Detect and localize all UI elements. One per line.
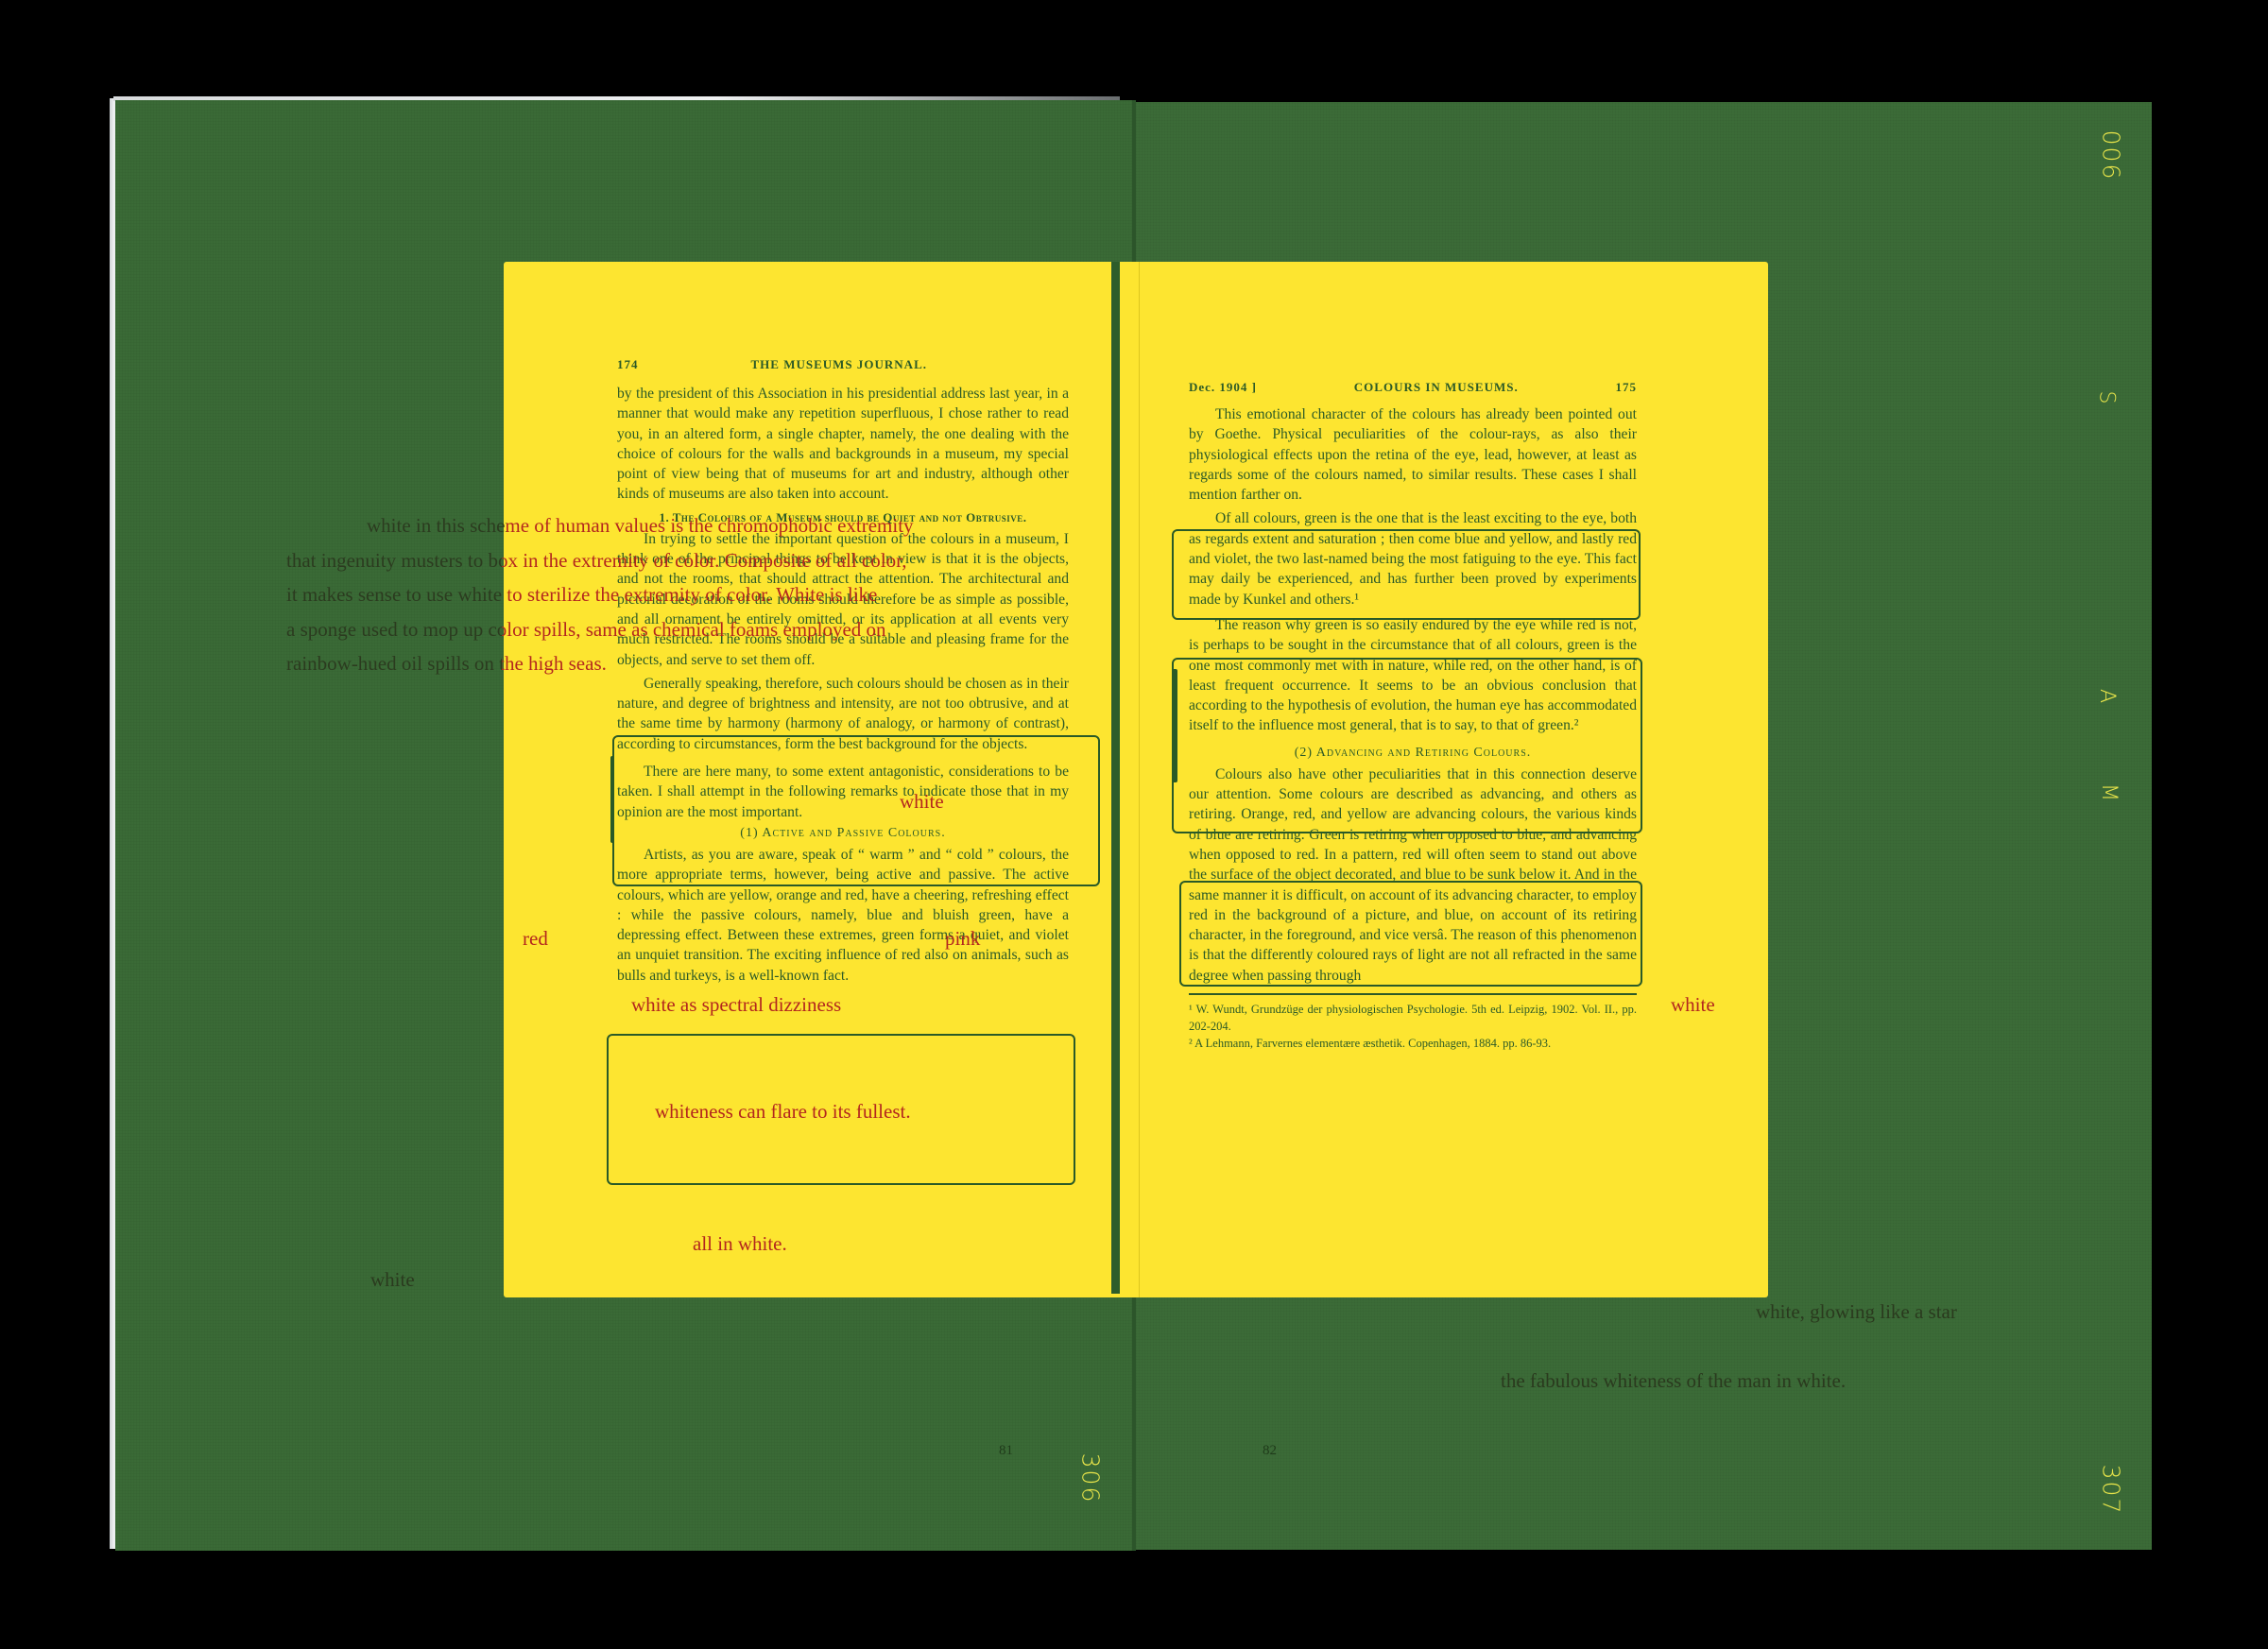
article-title: COLOURS IN MUSEUMS. [1354,380,1519,395]
overlay-line: a sponge used to mop up color spills, sa… [286,618,886,641]
edge-letter: S [2094,391,2118,404]
paragraph: The reason why green is so easily endure… [1189,615,1637,736]
section-heading: (1) Active and Passive Colours. [617,826,1069,841]
paragraph: Artists, as you are aware, speak of “ wa… [617,845,1069,986]
paragraph: Colours also have other peculiarities th… [1189,764,1637,986]
overlay-line: rainbow-hued oil spills on the high seas… [286,652,607,675]
running-head-right: Dec. 1904 ] COLOURS IN MUSEUMS. 175 [1189,380,1637,395]
overlay-phrase-spectral: white as spectral dizziness [631,988,841,1022]
overlay-line: it makes sense to use white to sterilize… [286,583,877,606]
overlay-word-white-lower-left: white [370,1263,415,1297]
paragraph: Generally speaking, therefore, such colo… [617,674,1069,754]
edge-letter: A [2095,689,2119,703]
overlay-word-pink: pink [945,921,980,956]
paragraph: This emotional character of the colours … [1189,404,1637,505]
overlay-line: that ingenuity musters to box in the ext… [286,549,906,572]
paragraph: by the president of this Association in … [617,384,1069,505]
paragraph: There are here many, to some extent anta… [617,762,1069,822]
overlay-phrase-fabulous: the fabulous whiteness of the man in whi… [1501,1364,1846,1399]
running-head-left: 174 THE MUSEUMS JOURNAL. [617,357,1069,372]
edge-letter: M [2097,783,2121,801]
scan-fold-line [1139,262,1140,1297]
scan-spine-shadow [1111,262,1120,1294]
footnote: ² A Lehmann, Farvernes elementære æsthet… [1189,1035,1637,1052]
pen-margin-stroke [1172,669,1177,782]
footnote: ¹ W. Wundt, Grundzüge der physiologische… [1189,1001,1637,1035]
section-heading: (2) Advancing and Retiring Colours. [1189,746,1637,761]
pen-margin-stroke [610,756,614,843]
overlay-word-red: red [523,921,548,956]
journal-title: THE MUSEUMS JOURNAL. [751,357,928,372]
overlay-phrase-all-in-white: all in white. [693,1227,787,1262]
vertical-edge-number-top: 006 [2097,130,2124,181]
folio-left: 81 [999,1443,1013,1459]
overlay-word-white-right: white [1671,988,1715,1022]
page-number: 175 [1615,380,1637,395]
journal-page-175: Dec. 1904 ] COLOURS IN MUSEUMS. 175 This… [1189,380,1637,1052]
vertical-page-number-left: 306 [1076,1453,1104,1504]
overlay-phrase-glowing: white, glowing like a star [1756,1295,1957,1330]
overlay-phrase-flare: whiteness can flare to its fullest. [655,1094,911,1129]
footnote-rule [1189,993,1637,995]
page-number: 174 [617,357,639,372]
issue-date: Dec. 1904 ] [1189,380,1257,395]
overlay-text-block: white in this scheme of human values is … [286,508,914,681]
paragraph: Of all colours, green is the one that is… [1189,508,1637,609]
vertical-page-number-right: 307 [2097,1465,2124,1516]
overlay-word-white: white [900,784,944,819]
folio-right: 82 [1263,1443,1277,1459]
overlay-line: white in this scheme of human values is … [367,514,914,537]
